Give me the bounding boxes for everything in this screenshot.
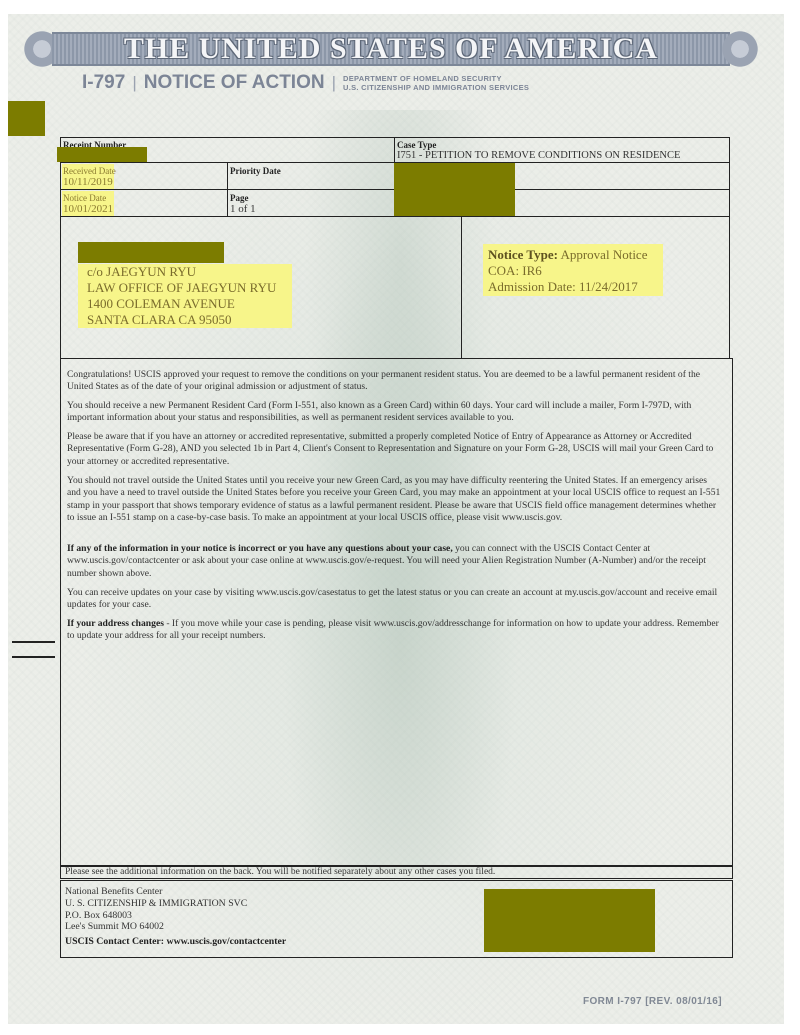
office-line: Lee's Summit MO 64002 bbox=[65, 921, 286, 933]
contact-center: USCIS Contact Center: www.uscis.gov/cont… bbox=[65, 936, 286, 948]
coa: COA: IR6 bbox=[488, 263, 647, 279]
body-paragraph: If any of the information in your notice… bbox=[67, 543, 723, 580]
received-date-value: 10/11/2019 bbox=[63, 176, 113, 188]
priority-date-cell: Priority Date bbox=[227, 162, 395, 190]
agency-line: U.S. CITIZENSHIP AND IMMIGRATION SERVICE… bbox=[343, 83, 529, 92]
margin-mark bbox=[12, 641, 55, 643]
form-revision: FORM I-797 [REV. 08/01/16] bbox=[583, 996, 722, 1007]
department-name: DEPARTMENT OF HOMELAND SECURITY U.S. CIT… bbox=[343, 74, 529, 92]
form-number: I-797 bbox=[82, 72, 125, 94]
notice-title: NOTICE OF ACTION bbox=[144, 72, 325, 94]
redaction-block bbox=[8, 101, 45, 136]
notice-summary: Notice Type: Approval Notice COA: IR6 Ad… bbox=[488, 247, 647, 295]
notice-body: Congratulations! USCIS approved your req… bbox=[60, 358, 733, 866]
back-info-line: Please see the additional information on… bbox=[60, 866, 733, 879]
header-banner: THE UNITED STATES OF AMERICA bbox=[22, 28, 760, 70]
rosette-ornament-icon bbox=[720, 28, 760, 70]
margin-mark bbox=[12, 656, 55, 658]
recipient-name-redaction bbox=[78, 242, 224, 263]
body-paragraph: Congratulations! USCIS approved your req… bbox=[67, 369, 723, 394]
contact-center-url: www.uscis.gov/contactcenter bbox=[167, 936, 287, 947]
receipt-number-redaction bbox=[57, 147, 147, 162]
separator: | bbox=[132, 73, 136, 93]
page-label: Page bbox=[230, 193, 249, 203]
banner-title: THE UNITED STATES OF AMERICA bbox=[124, 32, 658, 66]
admission-date: Admission Date: 11/24/2017 bbox=[488, 279, 647, 295]
contact-center-label: USCIS Contact Center: bbox=[65, 936, 164, 947]
notice-date-cell: Notice Date 10/01/2021 bbox=[60, 189, 228, 217]
separator: | bbox=[332, 73, 336, 93]
address-line: 1400 COLEMAN AVENUE bbox=[87, 296, 276, 312]
body-paragraph: You can receive updates on your case by … bbox=[67, 587, 723, 612]
body-paragraph: If your address changes - If you move wh… bbox=[67, 618, 723, 643]
office-line: U. S. CITIZENSHIP & IMMIGRATION SVC bbox=[65, 898, 286, 910]
form-subheader: I-797 | NOTICE OF ACTION | DEPARTMENT OF… bbox=[82, 72, 529, 94]
notice-type-value: Approval Notice bbox=[560, 247, 647, 262]
notice-type-label: Notice Type: bbox=[488, 247, 558, 262]
office-line: P.O. Box 648003 bbox=[65, 910, 286, 922]
case-type-label: Case Type bbox=[397, 140, 436, 150]
body-paragraph: You should receive a new Permanent Resid… bbox=[67, 400, 723, 425]
beneficiary-redaction bbox=[394, 163, 515, 216]
page-value: 1 of 1 bbox=[230, 203, 256, 215]
address-line: c/o JAEGYUN RYU bbox=[87, 264, 276, 280]
received-date-label: Received Date bbox=[63, 166, 116, 176]
notice-date-label: Notice Date bbox=[63, 193, 106, 203]
received-date-cell: Received Date 10/11/2019 bbox=[60, 162, 228, 190]
page-cell: Page 1 of 1 bbox=[227, 189, 395, 217]
priority-date-label: Priority Date bbox=[230, 166, 281, 176]
office-line: National Benefits Center bbox=[65, 886, 286, 898]
recipient-address: c/o JAEGYUN RYU LAW OFFICE OF JAEGYUN RY… bbox=[87, 264, 276, 328]
case-type-value: I751 - PETITION TO REMOVE CONDITIONS ON … bbox=[397, 150, 680, 161]
body-paragraph: Please be aware that if you have an atto… bbox=[67, 431, 723, 468]
address-line: SANTA CLARA CA 95050 bbox=[87, 312, 276, 328]
office-address: National Benefits Center U. S. CITIZENSH… bbox=[65, 886, 286, 948]
barcode-redaction bbox=[484, 889, 655, 952]
body-paragraph: You should not travel outside the United… bbox=[67, 475, 723, 525]
case-type-cell: Case Type I751 - PETITION TO REMOVE COND… bbox=[394, 137, 730, 163]
address-line: LAW OFFICE OF JAEGYUN RYU bbox=[87, 280, 276, 296]
notice-date-value: 10/01/2021 bbox=[63, 203, 113, 215]
department-line: DEPARTMENT OF HOMELAND SECURITY bbox=[343, 74, 502, 83]
